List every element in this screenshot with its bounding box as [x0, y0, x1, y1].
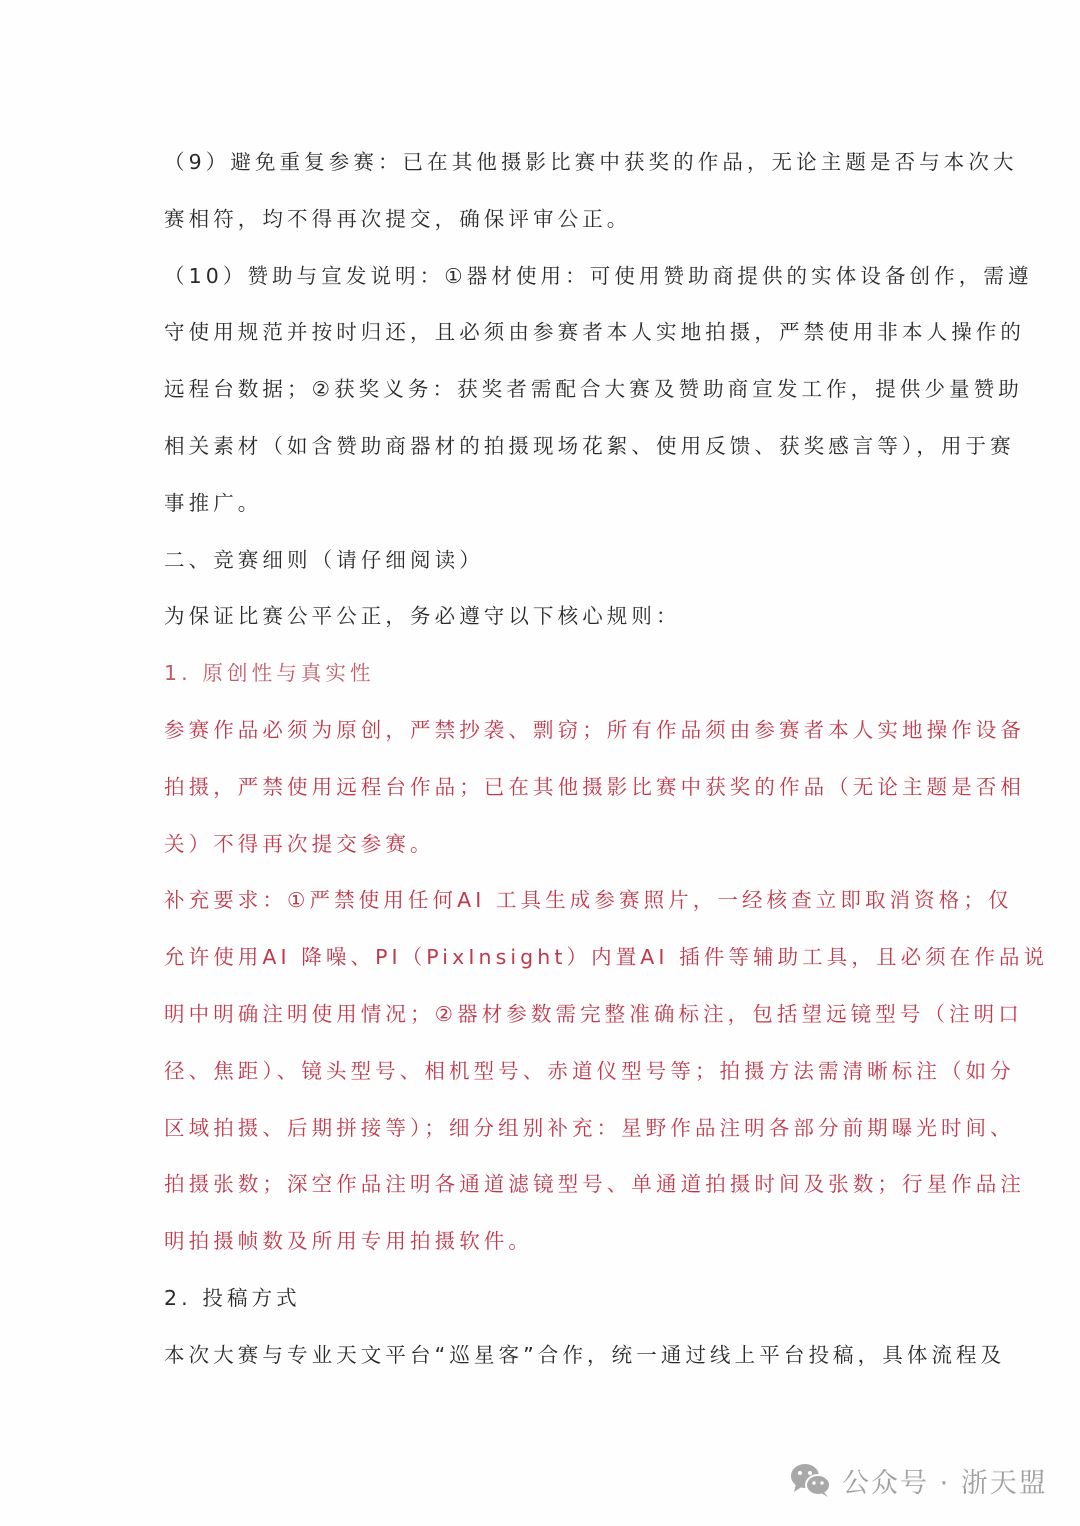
rules-intro: 为保证比赛公平公正，务必遵守以下核心规则：: [164, 596, 918, 653]
rule-1-line-1: 参赛作品必须为原创，严禁抄袭、剽窃；所有作品须由参赛者本人实地操作设备: [164, 710, 918, 767]
supplement-line-2: 允许使用AI 降噪、PI（PixInsight）内置AI 插件等辅助工具，且必须…: [164, 937, 918, 994]
paragraph-10-line-5: 事推广。: [164, 483, 918, 540]
supplement-line-6: 拍摄张数；深空作品注明各通道滤镜型号、单通道拍摄时间及张数；行星作品注: [164, 1164, 918, 1221]
supplement-line-3: 明中明确注明使用情况；②器材参数需完整准确标注，包括望远镜型号（注明口: [164, 994, 918, 1051]
rule-1-heading: 1. 原创性与真实性: [164, 653, 918, 710]
section-heading-rules: 二、竞赛细则（请仔细阅读）: [164, 540, 918, 597]
rule-2-heading: 2. 投稿方式: [164, 1278, 918, 1335]
paragraph-10-line-1: （10）赞助与宣发说明：①器材使用：可使用赞助商提供的实体设备创作，需遵: [164, 256, 918, 313]
wechat-icon: [790, 1462, 832, 1498]
paragraph-9-line-1: （9）避免重复参赛：已在其他摄影比赛中获奖的作品，无论主题是否与本次大: [164, 142, 918, 199]
supplement-line-7: 明拍摄帧数及所用专用拍摄软件。: [164, 1221, 918, 1278]
document-body: （9）避免重复参赛：已在其他摄影比赛中获奖的作品，无论主题是否与本次大 赛相符，…: [164, 142, 918, 1392]
paragraph-10-line-3: 远程台数据；②获奖义务：获奖者需配合大赛及赞助商宣发工作，提供少量赞助: [164, 369, 918, 426]
paragraph-9-line-2: 赛相符，均不得再次提交，确保评审公正。: [164, 199, 918, 256]
paragraph-10-line-4: 相关素材（如含赞助商器材的拍摄现场花絮、使用反馈、获奖感言等），用于赛: [164, 426, 918, 483]
supplement-line-4: 径、焦距）、镜头型号、相机型号、赤道仪型号等；拍摄方法需清晰标注（如分: [164, 1051, 918, 1108]
paragraph-10-line-2: 守使用规范并按时归还，且必须由参赛者本人实地拍摄，严禁使用非本人操作的: [164, 312, 918, 369]
watermark-label: 公众号 · 浙天盟: [842, 1461, 1048, 1500]
document-page: （9）避免重复参赛：已在其他摄影比赛中获奖的作品，无论主题是否与本次大 赛相符，…: [0, 0, 1080, 1526]
rule-2-line-1: 本次大赛与专业天文平台“巡星客”合作，统一通过线上平台投稿，具体流程及: [164, 1335, 918, 1392]
supplement-line-1: 补充要求：①严禁使用任何AI 工具生成参赛照片，一经核查立即取消资格；仅: [164, 880, 918, 937]
rule-1-line-3: 关）不得再次提交参赛。: [164, 824, 918, 881]
watermark: 公众号 · 浙天盟: [790, 1458, 1048, 1502]
supplement-line-5: 区域拍摄、后期拼接等）；细分组别补充：星野作品注明各部分前期曝光时间、: [164, 1108, 918, 1165]
rule-1-line-2: 拍摄，严禁使用远程台作品；已在其他摄影比赛中获奖的作品（无论主题是否相: [164, 767, 918, 824]
